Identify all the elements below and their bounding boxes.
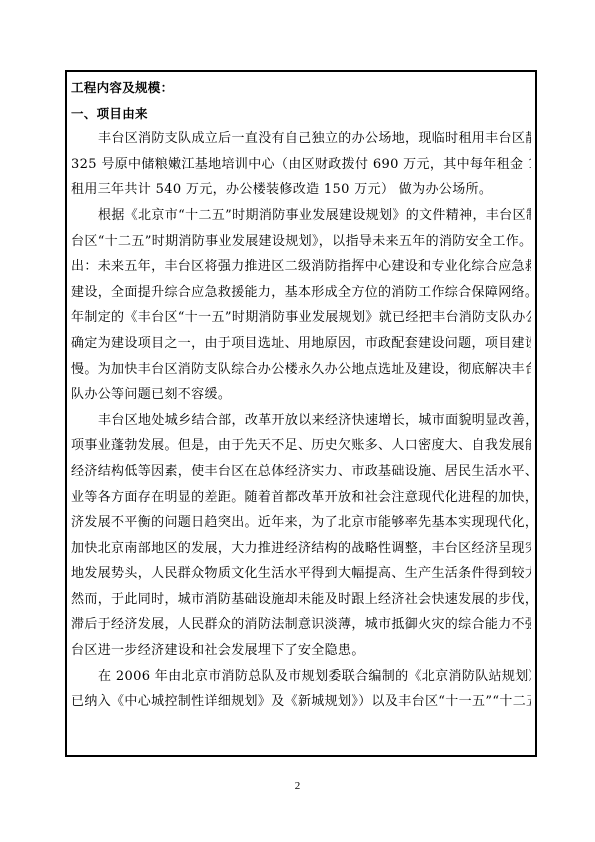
text-line: 慢。为加快丰台区消防支队综合办公楼永久办公地点选址及建设，彻底解决丰台消防支 [71,357,531,383]
document-body: 工程内容及规模： 一、项目由来 丰台区消防支队成立后一直没有自己独立的办公场地，… [67,72,535,715]
paragraph-3: 丰台区地处城乡结合部，改革开放以来经济快速增长，城市面貌明显改善，社会各 项事业… [71,408,531,664]
text-line: 业等各方面存在明显的差距。随着首都改革开放和社会注意现代化进程的加快，地区经 [71,485,531,511]
text-line: 经济结构低等因素，使丰台区在总体经济实力、市政基础设施、居民生活水平、社会事 [71,459,531,485]
text-line: 队办公等问题已刻不容缓。 [71,382,531,408]
text-line: 加快北京南部地区的发展，大力推进经济结构的战略性调整，丰台区经济呈现突飞猛进 [71,536,531,562]
paragraph-4: 在 2006 年由北京市消防总队及市规划委联合编制的《北京消防队站规划》（该规划… [71,664,531,715]
text-line: 项事业蓬勃发展。但是，由于先天不足、历史欠账多、人口密度大、自我发展能力差、 [71,433,531,459]
text-line: 租用三年共计 540 万元，办公楼装修改造 150 万元） 做为办公场所。 [71,177,531,203]
text-line: 在 2006 年由北京市消防总队及市规划委联合编制的《北京消防队站规划》（该规划 [71,664,531,690]
text-line: 滞后于经济发展，人民群众的消防法制意识淡薄，城市抵御火灾的综合能力不强，为丰 [71,612,531,638]
text-line: 325 号原中储粮嫩江基地培训中心（由区财政拨付 690 万元，其中每年租金 1… [71,152,531,178]
paragraph-1: 丰台区消防支队成立后一直没有自己独立的办公场地，现临时租用丰台区靛厂村 325 … [71,126,531,203]
text-line: 台区“十二五”时期消防事业发展建设规划》，以指导未来五年的消防安全工作。规划指 [71,229,531,255]
text-line: 济发展不平衡的问题日趋突出。近年来，为了北京市能够率先基本实现现代化，不断地 [71,510,531,536]
text-line: 然而，于此同时，城市消防基础设施却未能及时跟上经济社会快速发展的步伐，明显地 [71,587,531,613]
page-number: 2 [0,780,595,792]
section-title: 工程内容及规模： [71,75,531,101]
content-table-cell: 工程内容及规模： 一、项目由来 丰台区消防支队成立后一直没有自己独立的办公场地，… [65,70,537,757]
text-line: 建设，全面提升综合应急救援能力，基本形成全方位的消防工作综合保障网络。早在 20… [71,280,531,306]
text-line: 丰台区消防支队成立后一直没有自己独立的办公场地，现临时租用丰台区靛厂村 [71,126,531,152]
text-line: 丰台区地处城乡结合部，改革开放以来经济快速增长，城市面貌明显改善，社会各 [71,408,531,434]
text-line: 台区进一步经济建设和社会发展埋下了安全隐患。 [71,638,531,664]
text-line: 出：未来五年，丰台区将强力推进区二级消防指挥中心建设和专业化综合应急救援网络 [71,254,531,280]
paragraph-2: 根据《北京市“十二五”时期消防事业发展建设规划》的文件精神，丰台区制定了《丰 台… [71,203,531,408]
text-line: 地发展势头，人民群众物质文化生活水平得到大幅提高、生产生活条件得到较大改善。 [71,561,531,587]
text-line: 已纳入《中心城控制性详细规划》及《新城规划》）以及丰台区“十一五”“十二五”消防… [71,689,531,715]
text-line: 确定为建设项目之一，由于项目选址、用地原因，市政配套建设问题，项目建设一直缓 [71,331,531,357]
text-line: 根据《北京市“十二五”时期消防事业发展建设规划》的文件精神，丰台区制定了《丰 [71,203,531,229]
text-line: 年制定的《丰台区“十一五”时期消防事业发展规划》就已经把丰台消防支队办公楼建设 [71,305,531,331]
heading-project-origin: 一、项目由来 [71,101,531,127]
